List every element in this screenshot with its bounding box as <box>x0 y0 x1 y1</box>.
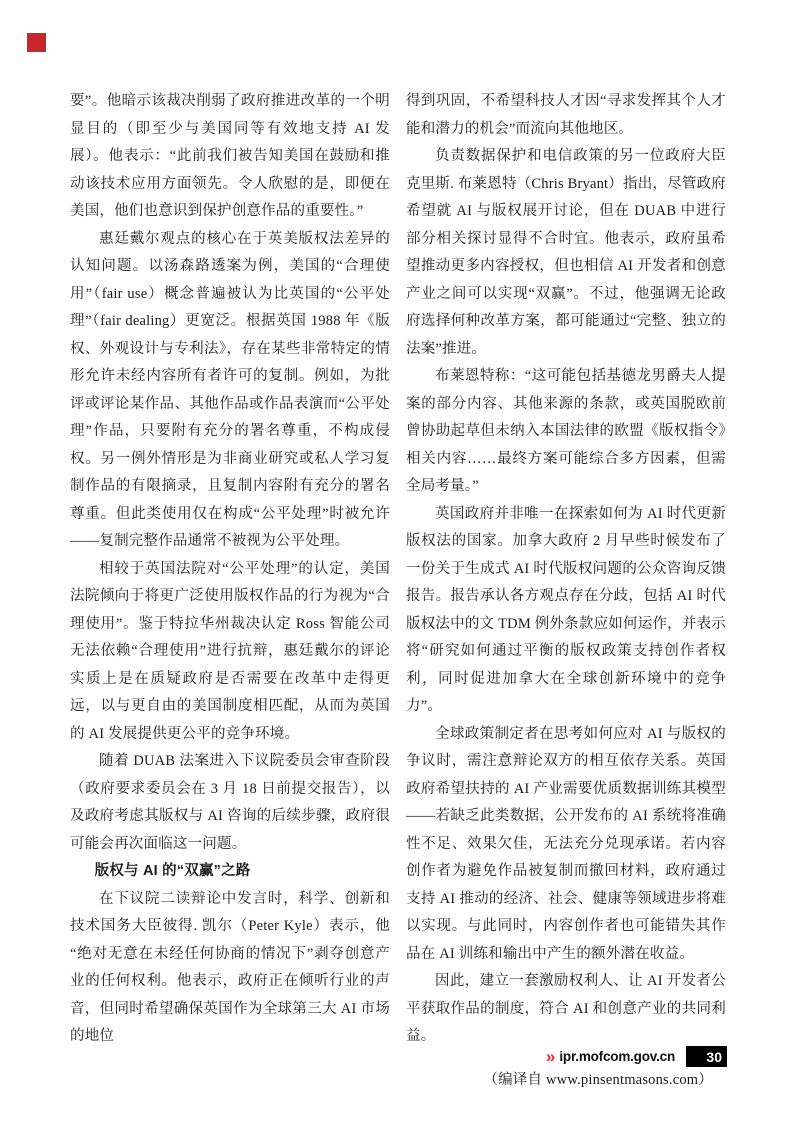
body-paragraph: 得到巩固，不希望科技人才因“寻求发挥其个人才能和潜力的机会”而流向其他地区。 <box>406 88 726 143</box>
body-paragraph: 惠廷戴尔观点的核心在于英美版权法差异的认知问题。以汤森路透案为例，美国的“合理使… <box>70 226 390 556</box>
body-paragraph: 全球政策制定者在思考如何应对 AI 与版权的争议时，需注意辩论双方的相互依存关系… <box>406 721 726 969</box>
section-heading: 版权与 AI 的“双赢”之路 <box>70 858 390 886</box>
body-paragraph: 相较于英国法院对“公平处理”的认定，美国法院倾向于将更广泛使用版权作品的行为视为… <box>70 556 390 749</box>
red-corner-mark <box>27 33 46 52</box>
page-footer: » ipr.mofcom.gov.cn 30 <box>480 1045 727 1068</box>
body-paragraph: 布莱恩特称：“这可能包括基德龙男爵夫人提案的部分内容、其他来源的条款，或英国脱欧… <box>406 363 726 501</box>
credit-line: （编译自 www.pinsentmasons.com） <box>406 1067 726 1095</box>
body-paragraph: 在下议院二读辩论中发言时，科学、创新和技术国务大臣彼得. 凯尔（Peter Ky… <box>70 886 390 1051</box>
double-chevron-icon: » <box>546 1048 554 1065</box>
body-paragraph: 要”。他暗示该裁决削弱了政府推进改革的一个明显目的（即至少与美国同等有效地支持 … <box>70 88 390 226</box>
body-paragraph: 英国政府并非唯一在探索如何为 AI 时代更新版权法的国家。加拿大政府 2 月早些… <box>406 501 726 721</box>
document-page: 要”。他暗示该裁决削弱了政府推进改革的一个明显目的（即至少与美国同等有效地支持 … <box>0 0 794 1123</box>
body-paragraph: 随着 DUAB 法案进入下议院委员会审查阶段（政府要求委员会在 3 月 18 日… <box>70 748 390 858</box>
body-paragraph: 负责数据保护和电信政策的另一位政府大臣克里斯. 布莱恩特（Chris Bryan… <box>406 143 726 363</box>
body-paragraph: 因此，建立一套激励权利人、让 AI 开发者公平获取作品的制度，符合 AI 和创意… <box>406 968 726 1051</box>
right-text-column: 得到巩固，不希望科技人才因“寻求发挥其个人才能和潜力的机会”而流向其他地区。 负… <box>406 88 726 1094</box>
footer-site-text: ipr.mofcom.gov.cn <box>559 1049 675 1064</box>
left-text-column: 要”。他暗示该裁决削弱了政府推进改革的一个明显目的（即至少与美国同等有效地支持 … <box>70 88 390 1051</box>
page-number-badge: 30 <box>686 1046 727 1067</box>
